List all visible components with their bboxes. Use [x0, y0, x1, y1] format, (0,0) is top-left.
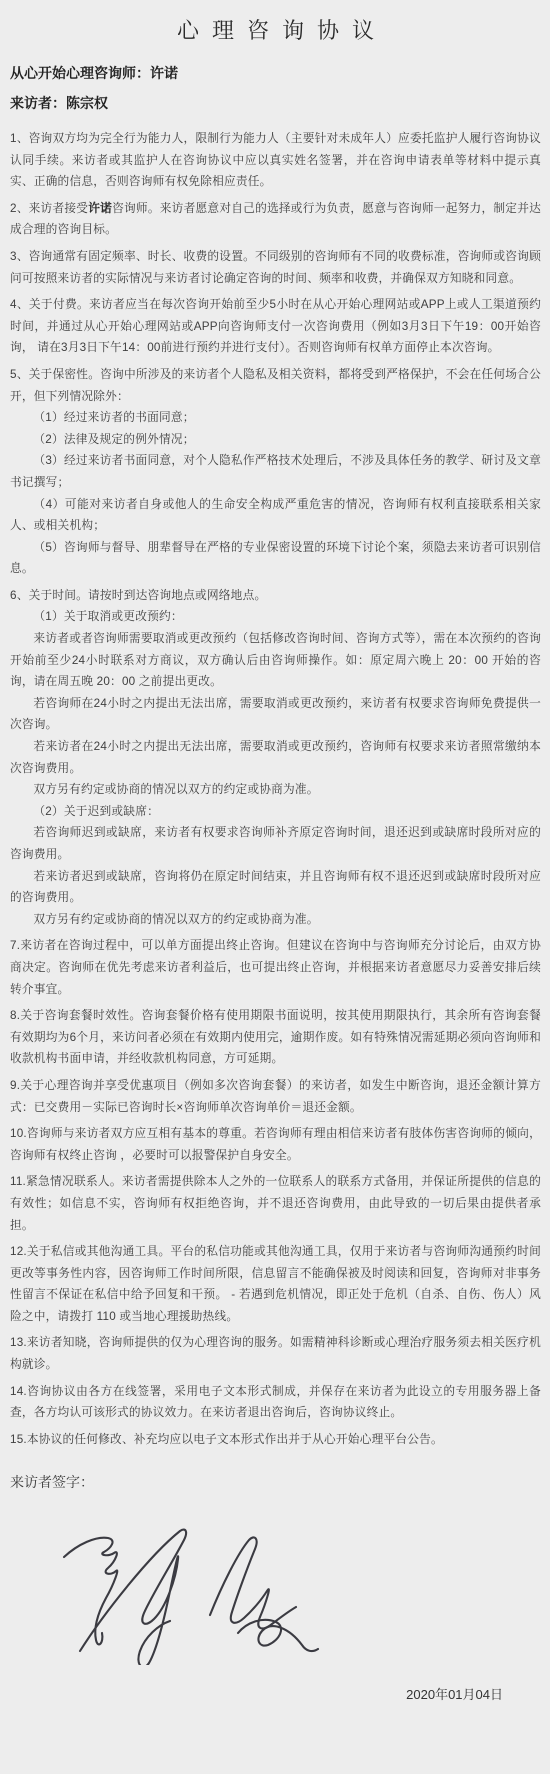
clause-paragraph: （2）关于迟到或缺席：	[10, 801, 541, 823]
signature-label: 来访者签字：	[10, 1472, 541, 1493]
clause-paragraph: 2、来访者接受许诺咨询师。来访者愿意对自己的选择或行为负责，愿意与咨询师一起努力…	[10, 198, 541, 241]
clause-paragraph: 13.来访者知晓，咨询师提供的仅为心理咨询的服务。如需精神科诊断或心理治疗服务须…	[10, 1332, 541, 1375]
client-line: 来访者：陈宗权	[10, 93, 541, 114]
clause-paragraph: 7.来访者在咨询过程中，可以单方面提出终止咨询。但建议在咨询中与咨询师充分讨论后…	[10, 935, 541, 1000]
signature-scrawl-image	[54, 1515, 332, 1665]
clause: 14.咨询协议由各方在线签署，采用电子文本形式制成，并保存在来访者为此设立的专用…	[10, 1381, 541, 1424]
clause: 5、关于保密性。咨询中所涉及的来访者个人隐私及相关资料，都将受到严格保护，不会在…	[10, 364, 541, 580]
signature-date: 2020年01月04日	[10, 1685, 541, 1705]
clause-paragraph: 9.关于心理咨询并享受优惠项目（例如多次咨询套餐）的来访者，如发生中断咨询，退还…	[10, 1075, 541, 1118]
agreement-document: 心理咨询协议 从心开始心理咨询师：许诺 来访者：陈宗权 1、咨询双方均为完全行为…	[0, 0, 550, 1774]
clause-paragraph: 12.关于私信或其他沟通工具。平台的私信功能或其他沟通工具，仅用于来访者与咨询师…	[10, 1241, 541, 1327]
clause: 1、咨询双方均为完全行为能力人，限制行为能力人（主要针对未成年人）应委托监护人履…	[10, 128, 541, 193]
clause-paragraph: 3、咨询通常有固定频率、时长、收费的设置。不同级别的咨询师有不同的收费标准，咨询…	[10, 246, 541, 289]
clause: 7.来访者在咨询过程中，可以单方面提出终止咨询。但建议在咨询中与咨询师充分讨论后…	[10, 935, 541, 1000]
clause-paragraph: 若咨询师在24小时之内提出无法出席，需要取消或更改预约，来访者有权要求咨询师免费…	[10, 693, 541, 736]
clause-paragraph: （5）咨询师与督导、朋辈督导在严格的专业保密设置的环境下讨论个案，须隐去来访者可…	[10, 537, 541, 580]
clauses: 1、咨询双方均为完全行为能力人，限制行为能力人（主要针对未成年人）应委托监护人履…	[10, 128, 541, 1450]
counselor-line: 从心开始心理咨询师：许诺	[10, 63, 541, 84]
page-title: 心理咨询协议	[10, 14, 541, 45]
clause-paragraph: 若来访者在24小时之内提出无法出席，需要取消或更改预约，咨询师有权要求来访者照常…	[10, 736, 541, 779]
clause-paragraph: （3）经过来访者书面同意，对个人隐私作严格技术处理后，不涉及具体任务的教学、研讨…	[10, 450, 541, 493]
clause-paragraph: 5、关于保密性。咨询中所涉及的来访者个人隐私及相关资料，都将受到严格保护，不会在…	[10, 364, 541, 407]
clause: 3、咨询通常有固定频率、时长、收费的设置。不同级别的咨询师有不同的收费标准，咨询…	[10, 246, 541, 289]
clause-text: 2、来访者接受	[10, 202, 88, 215]
clause-paragraph: 来访者或者咨询师需要取消或更改预约（包括修改咨询时间、咨询方式等），需在本次预约…	[10, 628, 541, 693]
clause: 6、关于时间。请按时到达咨询地点或网络地点。（1）关于取消或更改预约：来访者或者…	[10, 585, 541, 931]
clause-paragraph: 1、咨询双方均为完全行为能力人，限制行为能力人（主要针对未成年人）应委托监护人履…	[10, 128, 541, 193]
clause-paragraph: （1）经过来访者的书面同意；	[10, 407, 541, 429]
clause-paragraph: 14.咨询协议由各方在线签署，采用电子文本形式制成，并保存在来访者为此设立的专用…	[10, 1381, 541, 1424]
counselor-name-bold: 许诺	[88, 202, 112, 215]
clause-paragraph: 双方另有约定或协商的情况以双方的约定或协商为准。	[10, 779, 541, 801]
clause-paragraph: （2）法律及规定的例外情况；	[10, 429, 541, 451]
clause-paragraph: 若来访者迟到或缺席，咨询将仍在原定时间结束，并且咨询师有权不退还迟到或缺席时段所…	[10, 866, 541, 909]
clause: 11.紧急情况联系人。来访者需提供除本人之外的一位联系人的联系方式备用，并保证所…	[10, 1171, 541, 1236]
clause: 15.本协议的任何修改、补充均应以电子文本形式作出并于从心开始心理平台公告。	[10, 1429, 541, 1451]
clause-paragraph: 4、关于付费。来访者应当在每次咨询开始前至少5小时在从心开始心理网站或APP上或…	[10, 294, 541, 359]
clause-paragraph: 6、关于时间。请按时到达咨询地点或网络地点。	[10, 585, 541, 607]
clause: 2、来访者接受许诺咨询师。来访者愿意对自己的选择或行为负责，愿意与咨询师一起努力…	[10, 198, 541, 241]
clause: 13.来访者知晓，咨询师提供的仅为心理咨询的服务。如需精神科诊断或心理治疗服务须…	[10, 1332, 541, 1375]
clause-paragraph: （1）关于取消或更改预约：	[10, 606, 541, 628]
clause-paragraph: 8.关于咨询套餐时效性。咨询套餐价格有使用期限书面说明，按其使用期限执行，其余所…	[10, 1005, 541, 1070]
clause-paragraph: 若咨询师迟到或缺席，来访者有权要求咨询师补齐原定咨询时间，退还迟到或缺席时段所对…	[10, 822, 541, 865]
clause: 8.关于咨询套餐时效性。咨询套餐价格有使用期限书面说明，按其使用期限执行，其余所…	[10, 1005, 541, 1070]
clause: 4、关于付费。来访者应当在每次咨询开始前至少5小时在从心开始心理网站或APP上或…	[10, 294, 541, 359]
clause-paragraph: 双方另有约定或协商的情况以双方的约定或协商为准。	[10, 909, 541, 931]
clause: 10.咨询师与来访者双方应互相有基本的尊重。若咨询师有理由相信来访者有肢体伤害咨…	[10, 1123, 541, 1166]
clause: 12.关于私信或其他沟通工具。平台的私信功能或其他沟通工具，仅用于来访者与咨询师…	[10, 1241, 541, 1327]
client-signature	[54, 1515, 332, 1665]
clause-paragraph: 15.本协议的任何修改、补充均应以电子文本形式作出并于从心开始心理平台公告。	[10, 1429, 541, 1451]
clause-paragraph: （4）可能对来访者自身或他人的生命安全构成严重危害的情况，咨询师有权利直接联系相…	[10, 494, 541, 537]
clause: 9.关于心理咨询并享受优惠项目（例如多次咨询套餐）的来访者，如发生中断咨询，退还…	[10, 1075, 541, 1118]
clause-paragraph: 10.咨询师与来访者双方应互相有基本的尊重。若咨询师有理由相信来访者有肢体伤害咨…	[10, 1123, 541, 1166]
clause-paragraph: 11.紧急情况联系人。来访者需提供除本人之外的一位联系人的联系方式备用，并保证所…	[10, 1171, 541, 1236]
